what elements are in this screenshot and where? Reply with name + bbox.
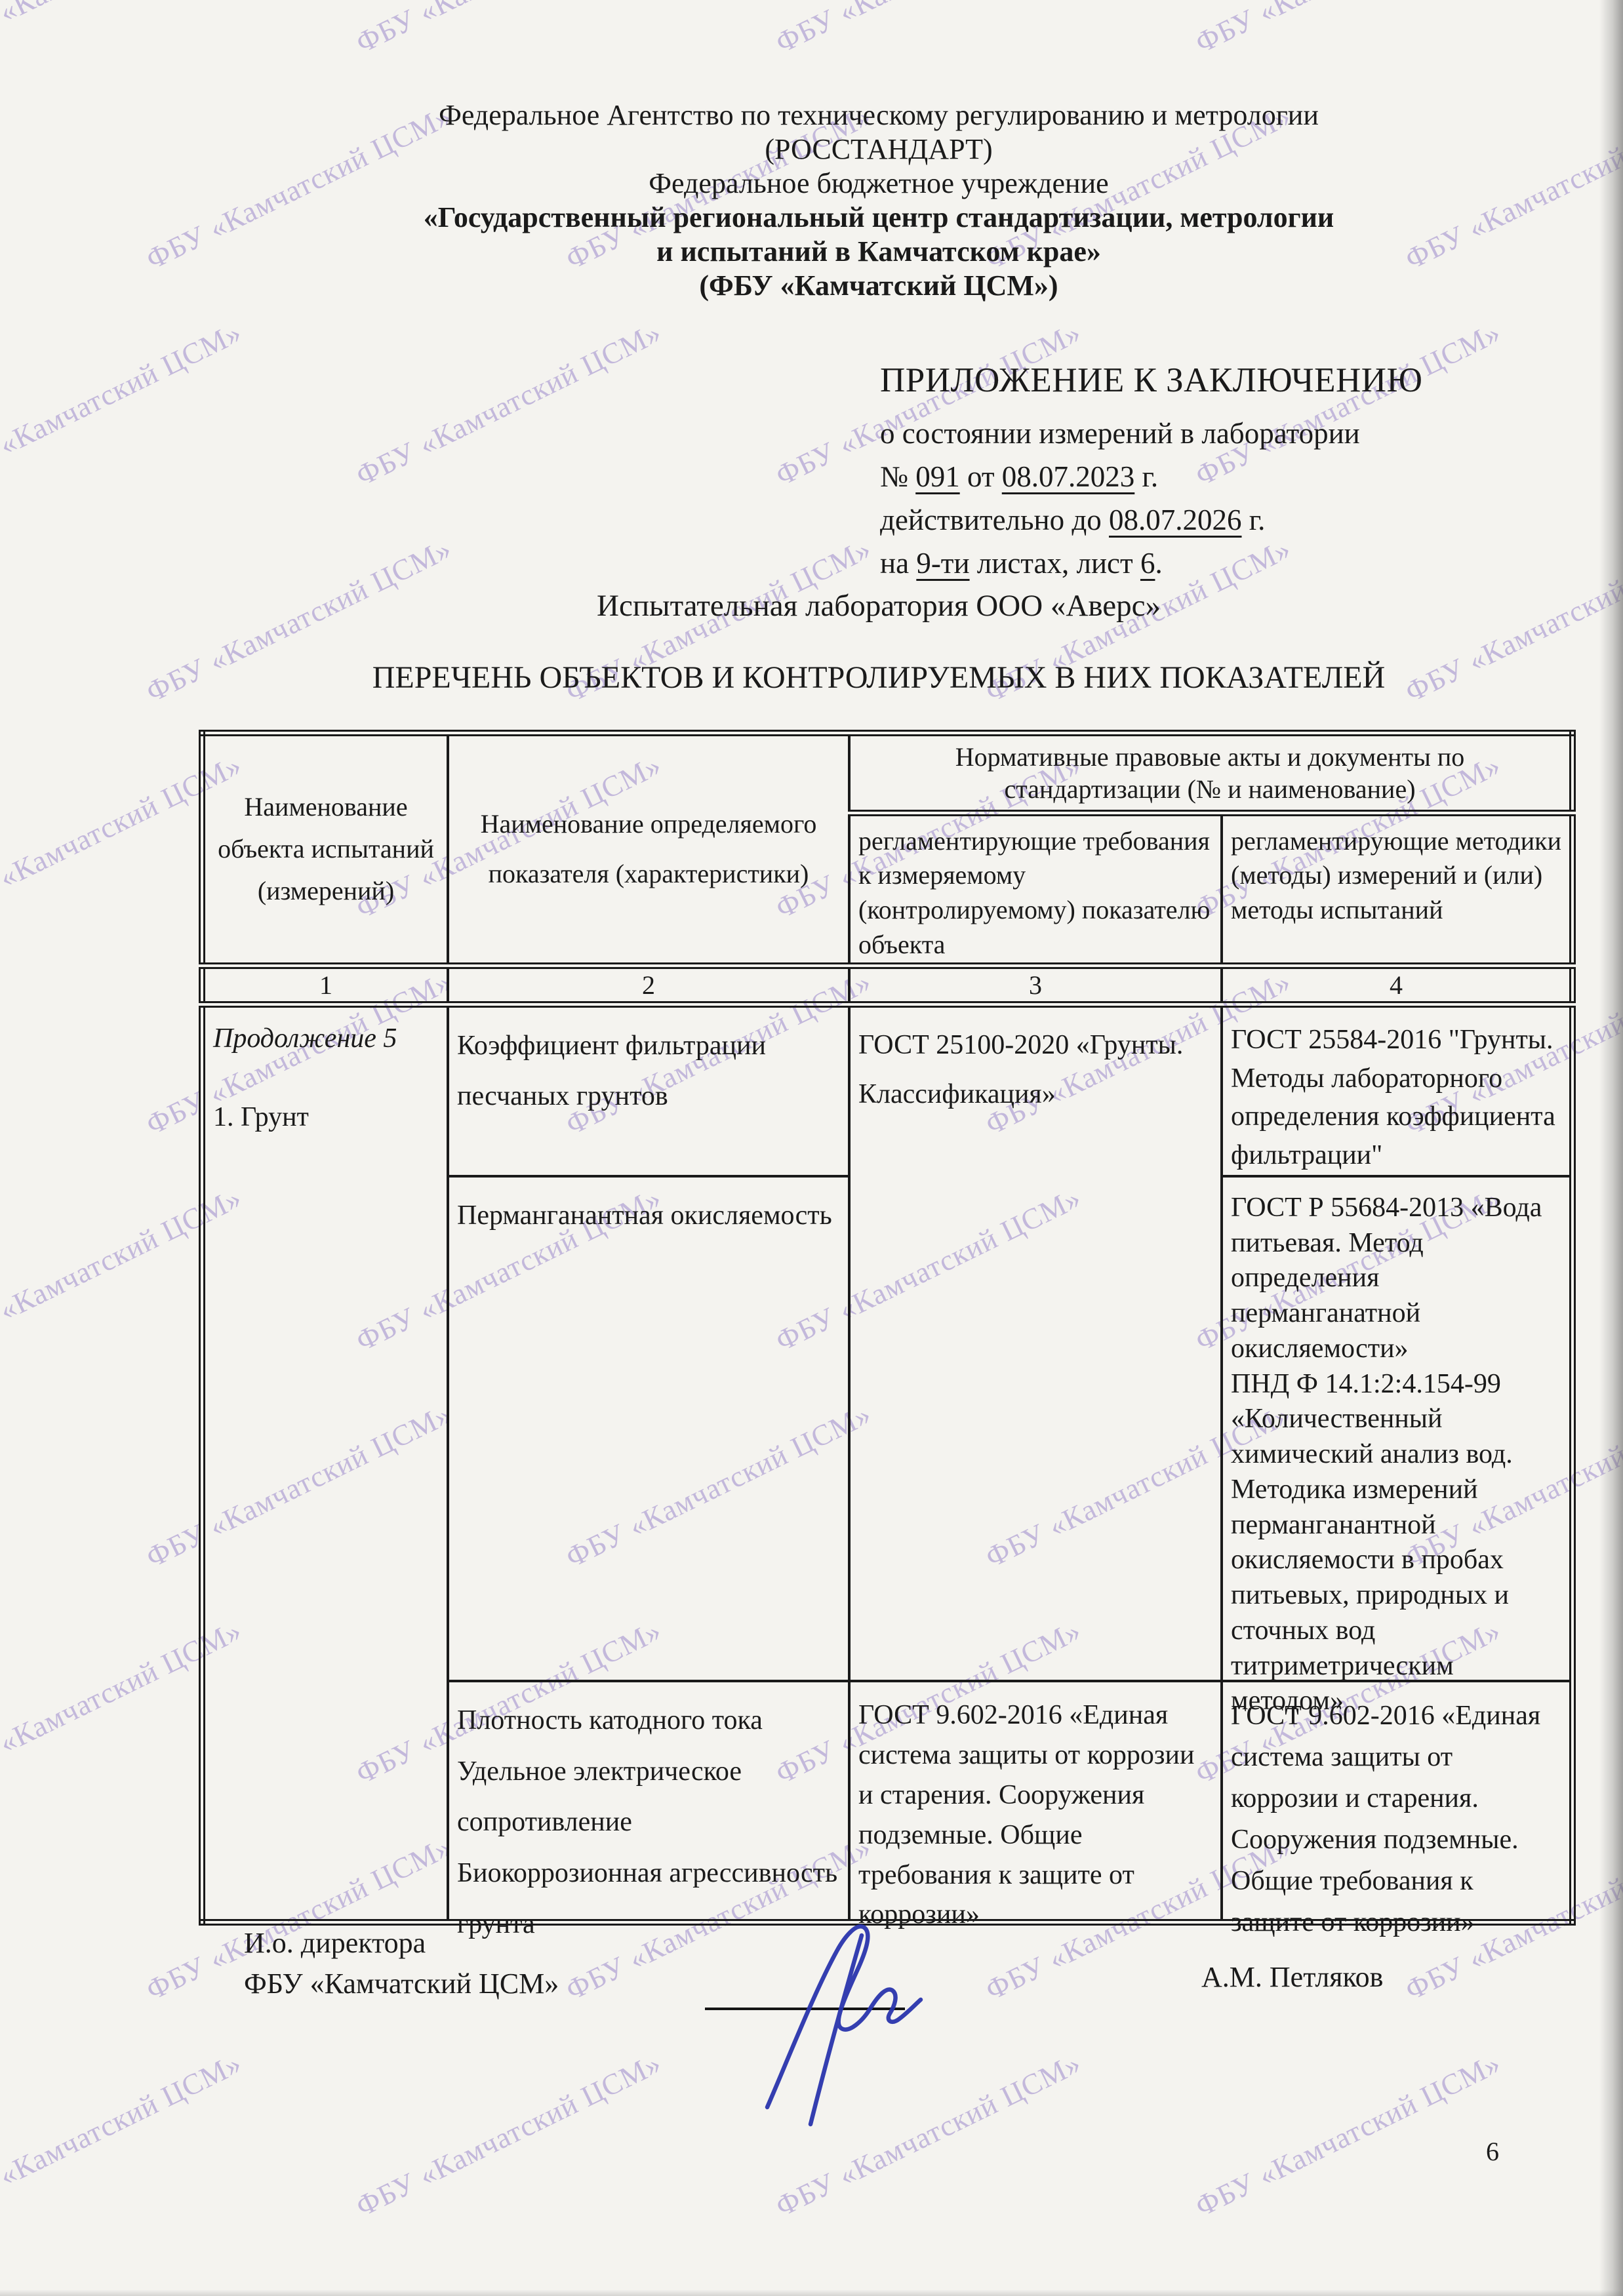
- cell-line: ПНД Ф 14.1:2:4.154-99 «Количественный хи…: [1231, 1367, 1563, 1720]
- methods-text: ГОСТ Р 55684-2013 «Вода питьевая. Метод …: [1231, 1191, 1563, 1679]
- continuation-note: Продолжение 5: [213, 1021, 440, 1057]
- cell-line: ГОСТ Р 55684-2013 «Вода питьевая. Метод …: [1231, 1191, 1563, 1367]
- methods-text: ГОСТ 9.602-2016 «Единая система защиты о…: [1231, 1695, 1563, 1912]
- column-number: 4: [1222, 966, 1573, 1004]
- cell-line: ГОСТ 9.602-2016 «Единая система защиты о…: [858, 1695, 1214, 1935]
- annex-from-word: от: [967, 460, 995, 493]
- methods-cell: ГОСТ Р 55684-2013 «Вода питьевая. Метод …: [1222, 1176, 1573, 1681]
- cell-line: Плотность катодного тока: [457, 1695, 841, 1747]
- org-header-line: (РОССТАНДАРТ): [210, 132, 1548, 167]
- indicator-text: Плотность катодного токаУдельное электри…: [457, 1695, 841, 1912]
- scan-edge-shadow: [1599, 0, 1623, 2296]
- org-header-line: «Государственный региональный центр стан…: [210, 201, 1548, 235]
- object-name: 1. Грунт: [213, 1099, 440, 1136]
- annex-end-punct: .: [1155, 547, 1162, 580]
- page-number: 6: [1486, 2136, 1499, 2167]
- cell-line: ГОСТ 9.602-2016 «Единая система защиты о…: [1231, 1695, 1563, 1943]
- object-cell: Продолжение 5 1. Грунт: [202, 1004, 448, 1922]
- annex-sheets-prefix: на: [880, 547, 909, 580]
- annex-validity-line: действительно до 08.07.2026 г.: [880, 498, 1536, 542]
- cell-line: Коэффициент фильтрации песчаных грунтов: [457, 1021, 841, 1122]
- annex-year-suffix: г.: [1249, 504, 1266, 536]
- signatory-position-line: И.о. директора: [244, 1923, 559, 1964]
- annex-issue-date: 08.07.2023: [1002, 460, 1135, 493]
- annex-sheet-number: 6: [1140, 547, 1155, 580]
- signer-name: А.М. Петляков: [1201, 1960, 1383, 1994]
- annex-number-line: № 091 от 08.07.2023 г.: [880, 455, 1536, 498]
- methods-cell: ГОСТ 25584-2016 "Грунты. Методы лаборато…: [1222, 1004, 1573, 1176]
- list-title: ПЕРЕЧЕНЬ ОБЪЕКТОВ И КОНТРОЛИРУЕМЫХ В НИХ…: [210, 660, 1548, 696]
- org-header: Федеральное Агентство по техническому ре…: [210, 98, 1548, 303]
- watermark-text: ФБУ «Камчатский ЦСМ»: [350, 2046, 666, 2224]
- col2-header: Наименование определяемого показателя (х…: [448, 733, 849, 966]
- objects-table: Наименование объекта испытаний (измерени…: [199, 730, 1576, 1926]
- lab-title: Испытательная лаборатория ООО «Аверс»: [210, 588, 1548, 623]
- watermark-text: ФБУ «Камчатский ЦСМ»: [770, 0, 1086, 60]
- signature-image: [740, 1909, 950, 2129]
- annex-sheets-line: на 9-ти листах, лист 6.: [880, 542, 1536, 585]
- annex-number-prefix: №: [880, 460, 908, 493]
- watermark-text: ФБУ «Камчатский ЦСМ»: [1190, 0, 1506, 60]
- signatory-position: И.о. директора ФБУ «Камчатский ЦСМ»: [244, 1923, 559, 2004]
- col4-header: регламентирующие методики (методы) измер…: [1222, 813, 1573, 966]
- column-number-row: 1 2 3 4: [202, 966, 1573, 1004]
- requirements-cell: ГОСТ 9.602-2016 «Единая система защиты о…: [849, 1681, 1222, 1922]
- column-number: 3: [849, 966, 1222, 1004]
- table-row: Продолжение 5 1. Грунт Коэффициент фильт…: [202, 1004, 1573, 1176]
- col3-header: регламентирующие требования к измеряемом…: [849, 813, 1222, 966]
- cell-line: ГОСТ 25584-2016 "Грунты. Методы лаборато…: [1231, 1021, 1563, 1175]
- indicator-cell: Перманганантная окисляемость: [448, 1176, 849, 1681]
- org-header-line: Федеральное Агентство по техническому ре…: [210, 98, 1548, 132]
- org-header-line: и испытаний в Камчатском крае»: [210, 235, 1548, 269]
- watermark-text: ФБУ «Камчатский ЦСМ»: [350, 0, 666, 60]
- watermark-text: ФБУ «Камчатский ЦСМ»: [0, 0, 247, 60]
- annex-valid-prefix: действительно до: [880, 504, 1102, 536]
- col1-header: Наименование объекта испытаний (измерени…: [202, 733, 448, 966]
- annex-title: ПРИЛОЖЕНИЕ К ЗАКЛЮЧЕНИЮ: [880, 361, 1536, 400]
- watermark-text: ФБУ «Камчатский ЦСМ»: [0, 315, 247, 493]
- group-header: Нормативные правовые акты и документы по…: [849, 733, 1573, 813]
- annex-valid-date: 08.07.2026: [1109, 504, 1242, 536]
- requirements-cell: ГОСТ 25100-2020 «Грунты. Классификация»: [849, 1004, 1222, 1681]
- indicator-cell: Коэффициент фильтрации песчаных грунтов: [448, 1004, 849, 1176]
- watermark-text: ФБУ «Камчатский ЦСМ»: [350, 315, 666, 493]
- signatory-position-line: ФБУ «Камчатский ЦСМ»: [244, 1964, 559, 2004]
- scan-bottom-shadow: [0, 2289, 1623, 2296]
- document-page: ФБУ «Камчатский ЦСМ»ФБУ «Камчатский ЦСМ»…: [0, 0, 1623, 2296]
- org-header-line: Федеральное бюджетное учреждение: [210, 167, 1548, 201]
- column-number: 2: [448, 966, 849, 1004]
- cell-line: Удельное электрическое сопротивление: [457, 1747, 841, 1848]
- column-number: 1: [202, 966, 448, 1004]
- annex-number: 091: [915, 460, 960, 493]
- cell-line: Перманганантная окисляемость: [457, 1191, 841, 1242]
- methods-cell: ГОСТ 9.602-2016 «Единая система защиты о…: [1222, 1681, 1573, 1922]
- annex-year-suffix: г.: [1142, 460, 1159, 493]
- watermark-text: ФБУ «Камчатский ЦСМ»: [1190, 2046, 1506, 2224]
- annex-block: ПРИЛОЖЕНИЕ К ЗАКЛЮЧЕНИЮ о состоянии изме…: [880, 361, 1536, 585]
- annex-sheets-count: 9-ти: [916, 547, 969, 580]
- cell-line: ГОСТ 25100-2020 «Грунты. Классификация»: [858, 1021, 1214, 1120]
- org-header-line: (ФБУ «Камчатский ЦСМ»): [210, 269, 1548, 303]
- watermark-text: ФБУ «Камчатский ЦСМ»: [0, 2046, 247, 2224]
- annex-sheets-mid: листах, лист: [977, 547, 1133, 580]
- indicator-cell: Плотность катодного токаУдельное электри…: [448, 1681, 849, 1922]
- annex-subtitle: о состоянии измерений в лаборатории: [880, 412, 1536, 455]
- requirements-text: ГОСТ 9.602-2016 «Единая система защиты о…: [858, 1695, 1214, 1912]
